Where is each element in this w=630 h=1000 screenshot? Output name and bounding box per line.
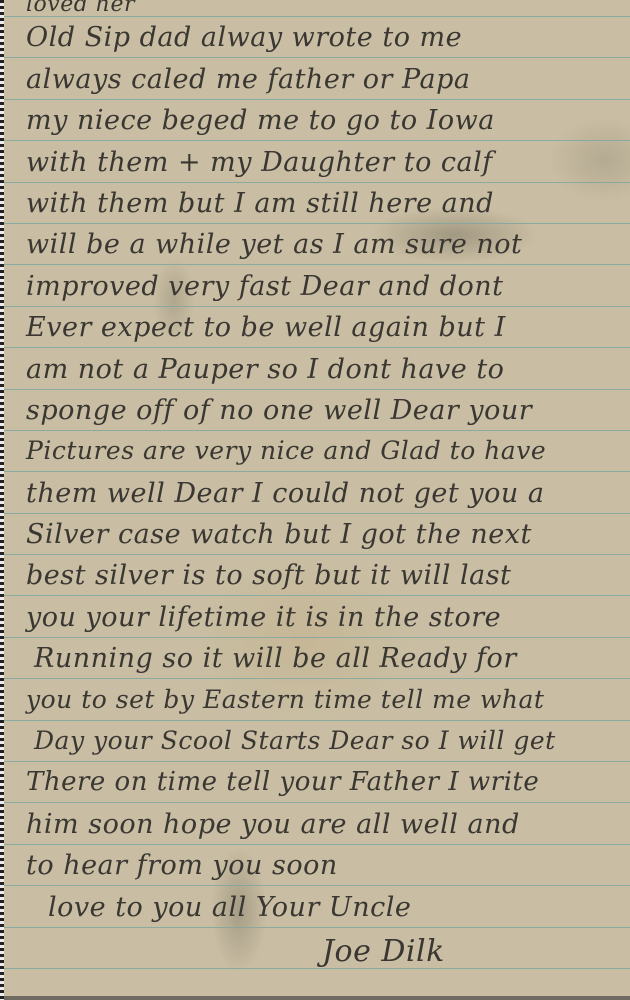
ruled-line [4, 761, 630, 762]
closing-line: love to you all Your Uncle [48, 892, 411, 923]
handwritten-line: with them but I am still here and [26, 188, 494, 219]
ruled-line [4, 595, 630, 596]
handwritten-line: am not a Pauper so I dont have to [26, 354, 504, 385]
ruled-line [4, 720, 630, 721]
ruled-line [4, 471, 630, 472]
ruled-line [4, 802, 630, 803]
ruled-line [4, 678, 630, 679]
signature: Joe Dilk [322, 934, 445, 969]
handwritten-line: Silver case watch but I got the next [26, 519, 532, 550]
handwritten-line: best silver is to soft but it will last [26, 560, 511, 591]
letter-page: loved her Old Sip dad alway wrote to me … [4, 0, 630, 996]
handwritten-line: Pictures are very nice and Glad to have [26, 436, 546, 465]
ruled-line [4, 430, 630, 431]
ruled-line [4, 57, 630, 58]
handwritten-line: you to set by Eastern time tell me what [26, 685, 544, 714]
handwritten-line: you your lifetime it is in the store [26, 602, 501, 633]
handwritten-line: loved her [26, 0, 135, 17]
ruled-line [4, 99, 630, 100]
ruled-line [4, 927, 630, 928]
handwritten-line: with them + my Daughter to calf [26, 147, 493, 178]
ruled-line [4, 389, 630, 390]
ruled-line [4, 554, 630, 555]
ruled-line [4, 306, 630, 307]
handwritten-line: There on time tell your Father I write [26, 767, 539, 797]
ruled-line [4, 223, 630, 224]
handwritten-line: always caled me father or Papa [26, 64, 470, 95]
ruled-line [4, 885, 630, 886]
ruled-line [4, 513, 630, 514]
handwritten-line: Old Sip dad alway wrote to me [26, 22, 462, 53]
handwritten-line: my niece beged me to go to Iowa [26, 105, 495, 136]
handwritten-line: Running so it will be all Ready for [34, 643, 517, 674]
ruled-line [4, 968, 630, 969]
ruled-line [4, 637, 630, 638]
handwritten-line: will be a while yet as I am sure not [26, 229, 522, 260]
handwritten-line: Day your Scool Starts Dear so I will get [34, 726, 556, 755]
ruled-line [4, 264, 630, 265]
ruled-line [4, 140, 630, 141]
ruled-line [4, 182, 630, 183]
handwritten-line: them well Dear I could not get you a [26, 478, 544, 509]
handwritten-line: sponge off of no one well Dear your [26, 395, 532, 426]
handwritten-line: him soon hope you are all well and [26, 809, 520, 840]
handwritten-line: to hear from you soon [26, 850, 338, 881]
handwritten-line: Ever expect to be well again but I [26, 312, 506, 343]
ruled-line [4, 844, 630, 845]
handwritten-line: improved very fast Dear and dont [26, 271, 503, 302]
ruled-line [4, 347, 630, 348]
